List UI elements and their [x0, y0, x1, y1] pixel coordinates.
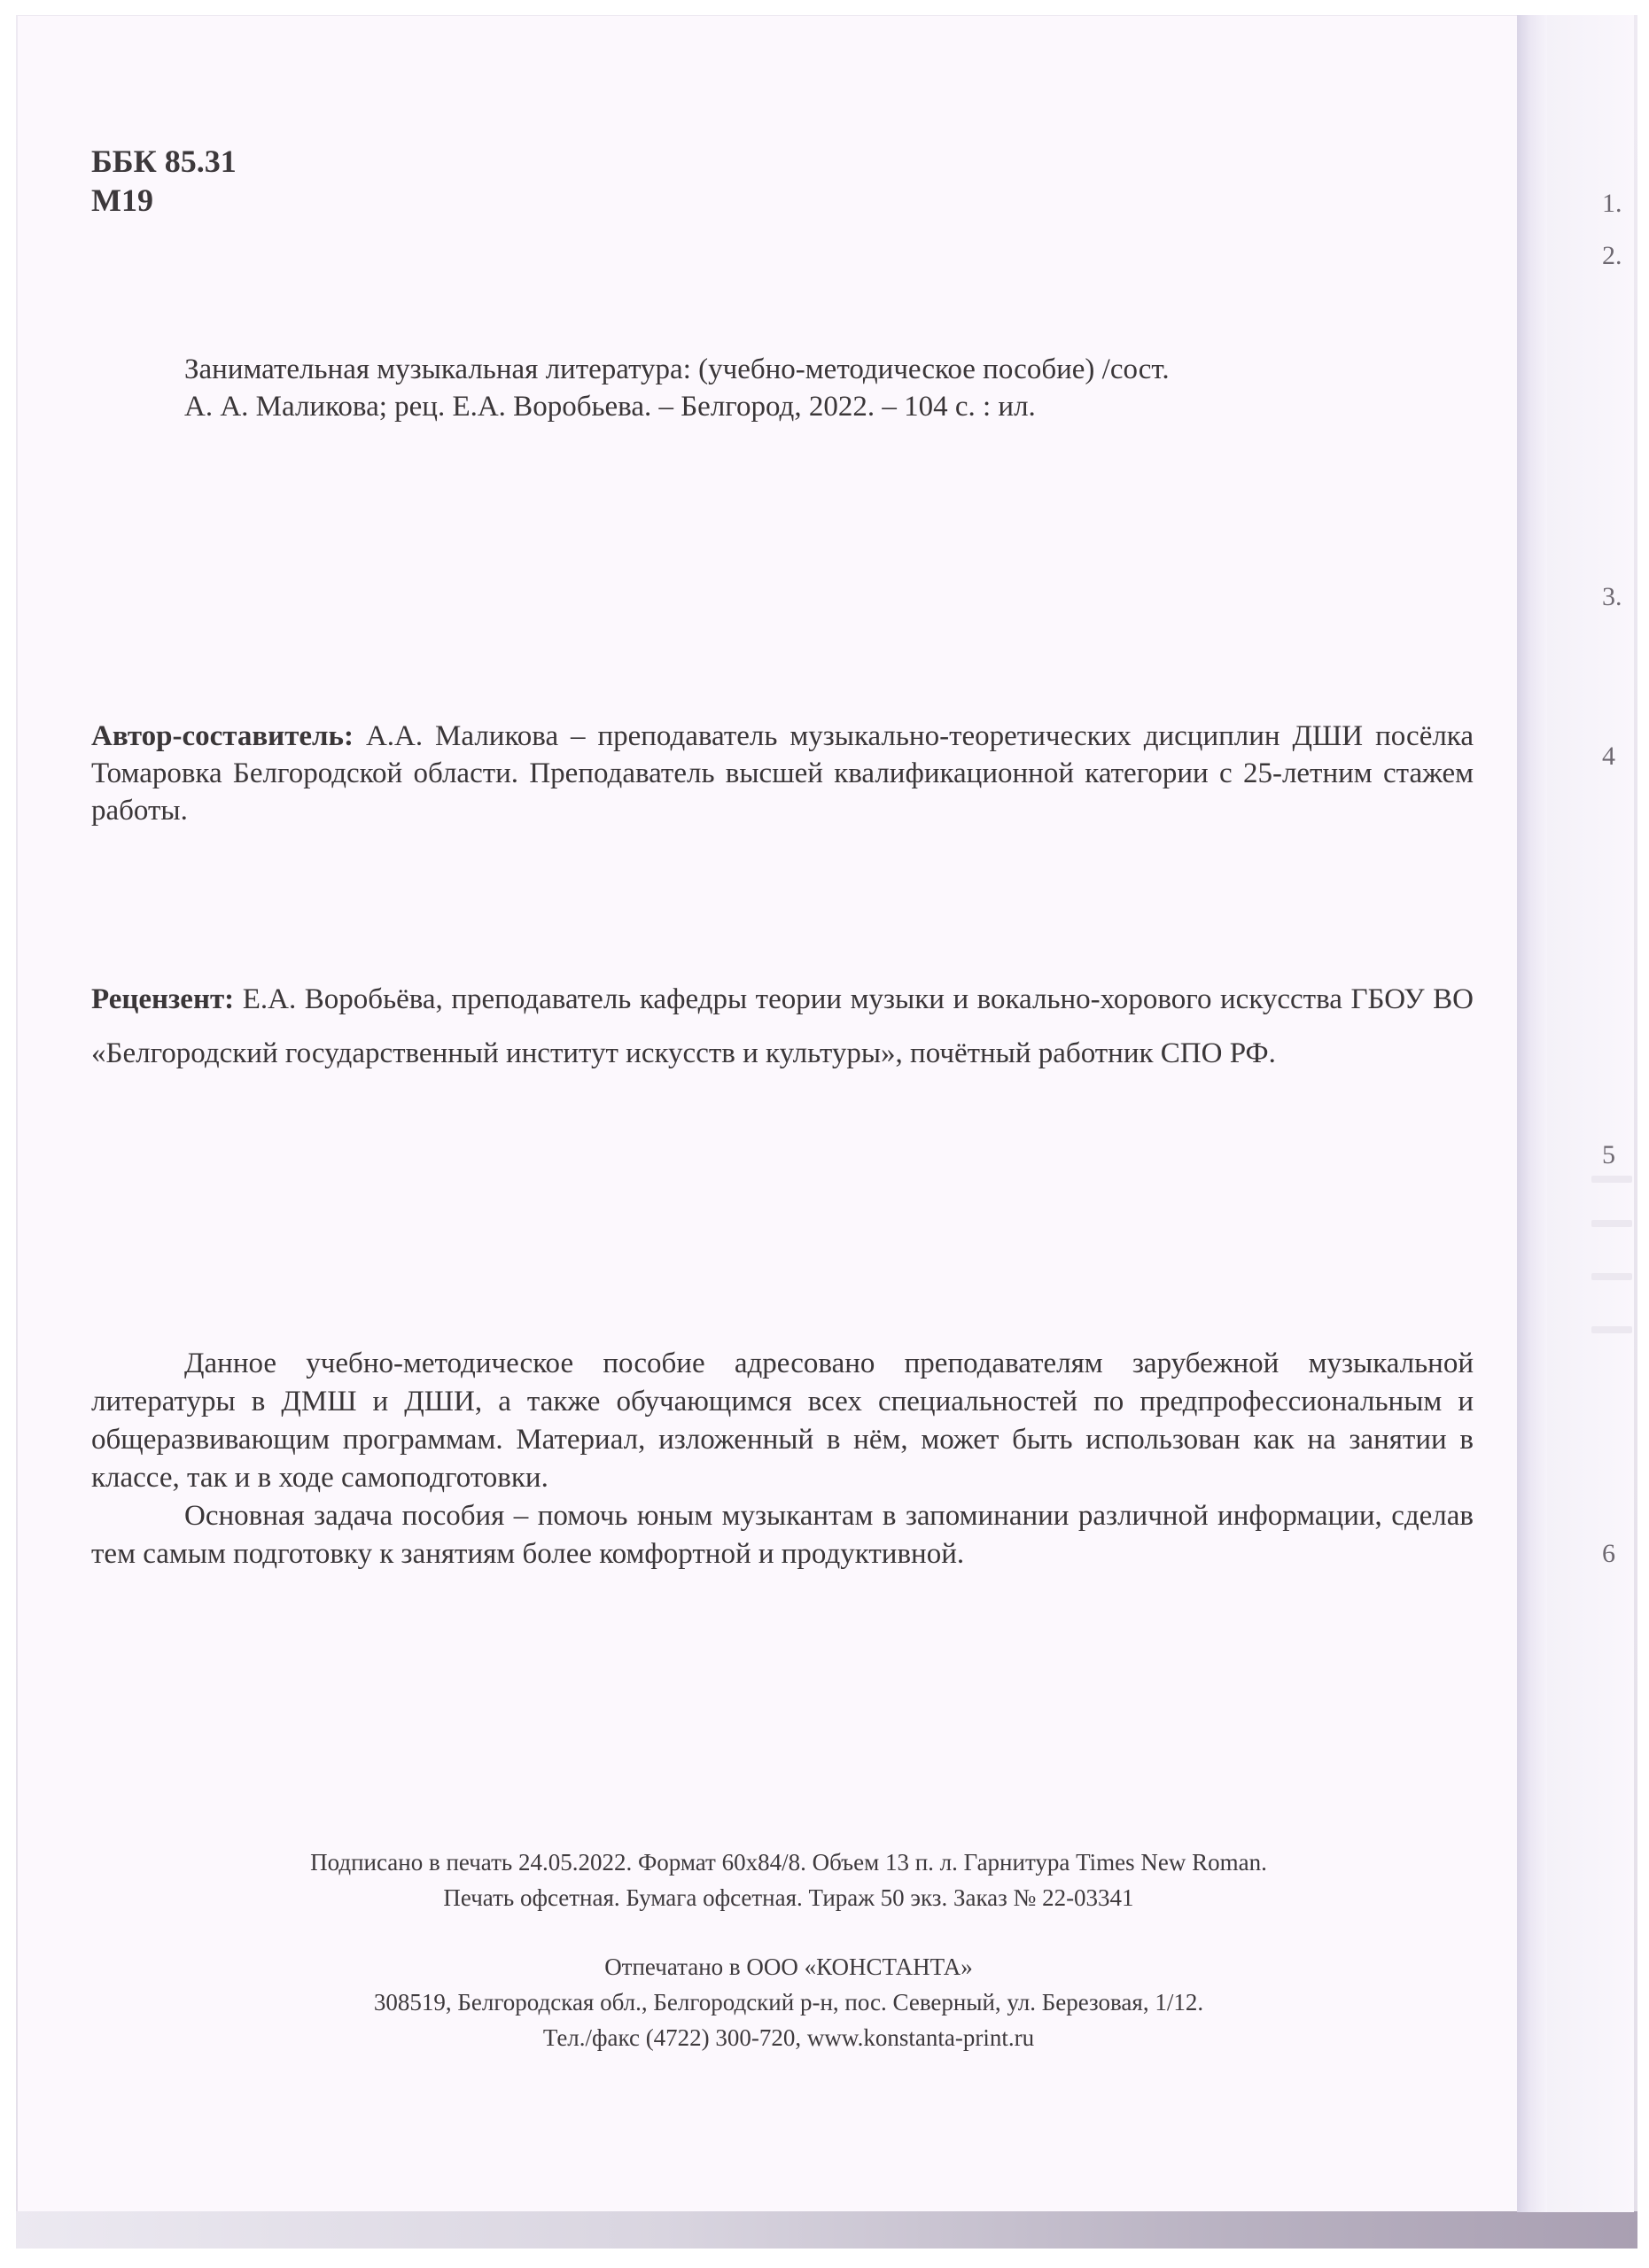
reviewer-text: Е.А. Воробьёва, преподаватель кафедры те…	[91, 983, 1474, 1069]
reviewer-section: Рецензент: Е.А. Воробьёва, преподаватель…	[91, 973, 1474, 1081]
imprint-print-info: Печать офсетная. Бумага офсетная. Тираж …	[177, 1880, 1400, 1915]
description-section: Данное учебно-методическое пособие адрес…	[91, 1345, 1474, 1573]
adjacent-page-number: 1.	[1602, 189, 1622, 219]
page-fold-shadow	[1517, 15, 1547, 2212]
bibliographic-line-1: Занимательная музыкальная литература: (у…	[184, 351, 1425, 388]
author-section: Автор-составитель: А.А. Маликова – препо…	[91, 718, 1474, 829]
printer-name: Отпечатано в ООО «КОНСТАНТА»	[177, 1949, 1400, 1984]
imprint-print-details: Подписано в печать 24.05.2022. Формат 60…	[177, 1845, 1400, 1915]
author-mark: М19	[91, 181, 237, 220]
bbk-code: ББК 85.31	[91, 142, 237, 181]
faded-text-line	[1591, 1176, 1632, 1183]
classification-block: ББК 85.31 М19	[91, 142, 237, 220]
adjacent-page-number: 6	[1602, 1539, 1615, 1569]
adjacent-page-fragment: 1. 2. 3. 4 5 6	[1547, 15, 1634, 2212]
faded-text-line	[1591, 1273, 1632, 1280]
adjacent-page-number: 3.	[1602, 582, 1622, 612]
page-bottom-shadow	[16, 2211, 1637, 2249]
bibliographic-line-2: А. А. Маликова; рец. Е.А. Воробьева. – Б…	[184, 388, 1425, 425]
adjacent-page-number: 5	[1602, 1140, 1615, 1170]
reviewer-label: Рецензент:	[91, 983, 234, 1015]
description-paragraph: Данное учебно-методическое пособие адрес…	[91, 1345, 1474, 1497]
printer-address: 308519, Белгородская обл., Белгородский …	[177, 1984, 1400, 2020]
faded-text-line	[1591, 1220, 1632, 1227]
imprint-signed: Подписано в печать 24.05.2022. Формат 60…	[177, 1845, 1400, 1880]
description-paragraph: Основная задача пособия – помочь юным му…	[91, 1497, 1474, 1573]
faded-text-line	[1591, 1326, 1632, 1333]
adjacent-page-number: 2.	[1602, 241, 1622, 271]
author-label: Автор-составитель:	[91, 720, 354, 752]
imprint-printer: Отпечатано в ООО «КОНСТАНТА» 308519, Бел…	[177, 1949, 1400, 2055]
printer-contacts: Тел./факс (4722) 300-720, www.konstanta-…	[177, 2020, 1400, 2055]
bibliographic-record: Занимательная музыкальная литература: (у…	[184, 351, 1425, 425]
adjacent-page-number: 4	[1602, 742, 1615, 772]
